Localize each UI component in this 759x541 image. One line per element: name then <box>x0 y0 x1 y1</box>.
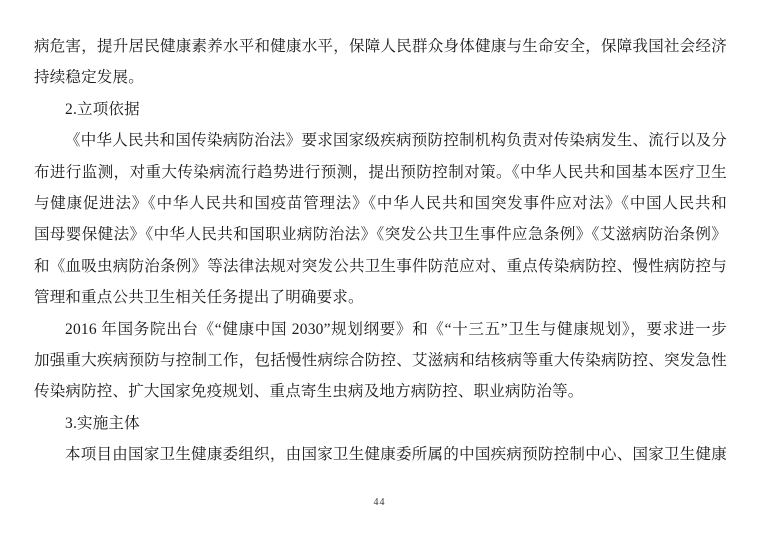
text-line: 3.实施主体 <box>34 408 727 439</box>
text-line: 病危害，提升居民健康素养水平和健康水平，保障人民群众身体健康与生命安全，保障我国… <box>34 31 727 62</box>
text-line: 持续稳定发展。 <box>34 62 727 93</box>
text-line: 国母婴保健法》《中华人民共和国职业病防治法》《突发公共卫生事件应急条例》《艾滋病… <box>34 219 727 250</box>
document-body: 病危害，提升居民健康素养水平和健康水平，保障人民群众身体健康与生命安全，保障我国… <box>34 31 727 470</box>
text-line: 本项目由国家卫生健康委组织，由国家卫生健康委所属的中国疾病预防控制中心、国家卫生… <box>34 439 727 470</box>
page-number: 44 <box>374 497 386 508</box>
text-line: 加强重大疾病预防与控制工作，包括慢性病综合防控、艾滋病和结核病等重大传染病防控、… <box>34 345 727 376</box>
text-line: 《中华人民共和国传染病防治法》要求国家级疾病预防控制机构负责对传染病发生、流行以… <box>34 125 727 156</box>
text-line: 2.立项依据 <box>34 94 727 125</box>
page-footer: 44 <box>0 492 759 510</box>
document-page: 病危害，提升居民健康素养水平和健康水平，保障人民群众身体健康与生命安全，保障我国… <box>0 0 759 541</box>
text-line: 与健康促进法》《中华人民共和国疫苗管理法》《中华人民共和国突发事件应对法》《中国… <box>34 188 727 219</box>
text-line: 和《血吸虫病防治条例》等法律法规对突发公共卫生事件防范应对、重点传染病防控、慢性… <box>34 251 727 282</box>
text-line: 布进行监测，对重大传染病流行趋势进行预测，提出预防控制对策。《中华人民共和国基本… <box>34 157 727 188</box>
text-line: 传染病防控、扩大国家免疫规划、重点寄生虫病及地方病防控、职业病防治等。 <box>34 376 727 407</box>
text-line: 管理和重点公共卫生相关任务提出了明确要求。 <box>34 282 727 313</box>
text-line: 2016 年国务院出台《“健康中国 2030”规划纲要》和《“十三五”卫生与健康… <box>34 314 727 345</box>
